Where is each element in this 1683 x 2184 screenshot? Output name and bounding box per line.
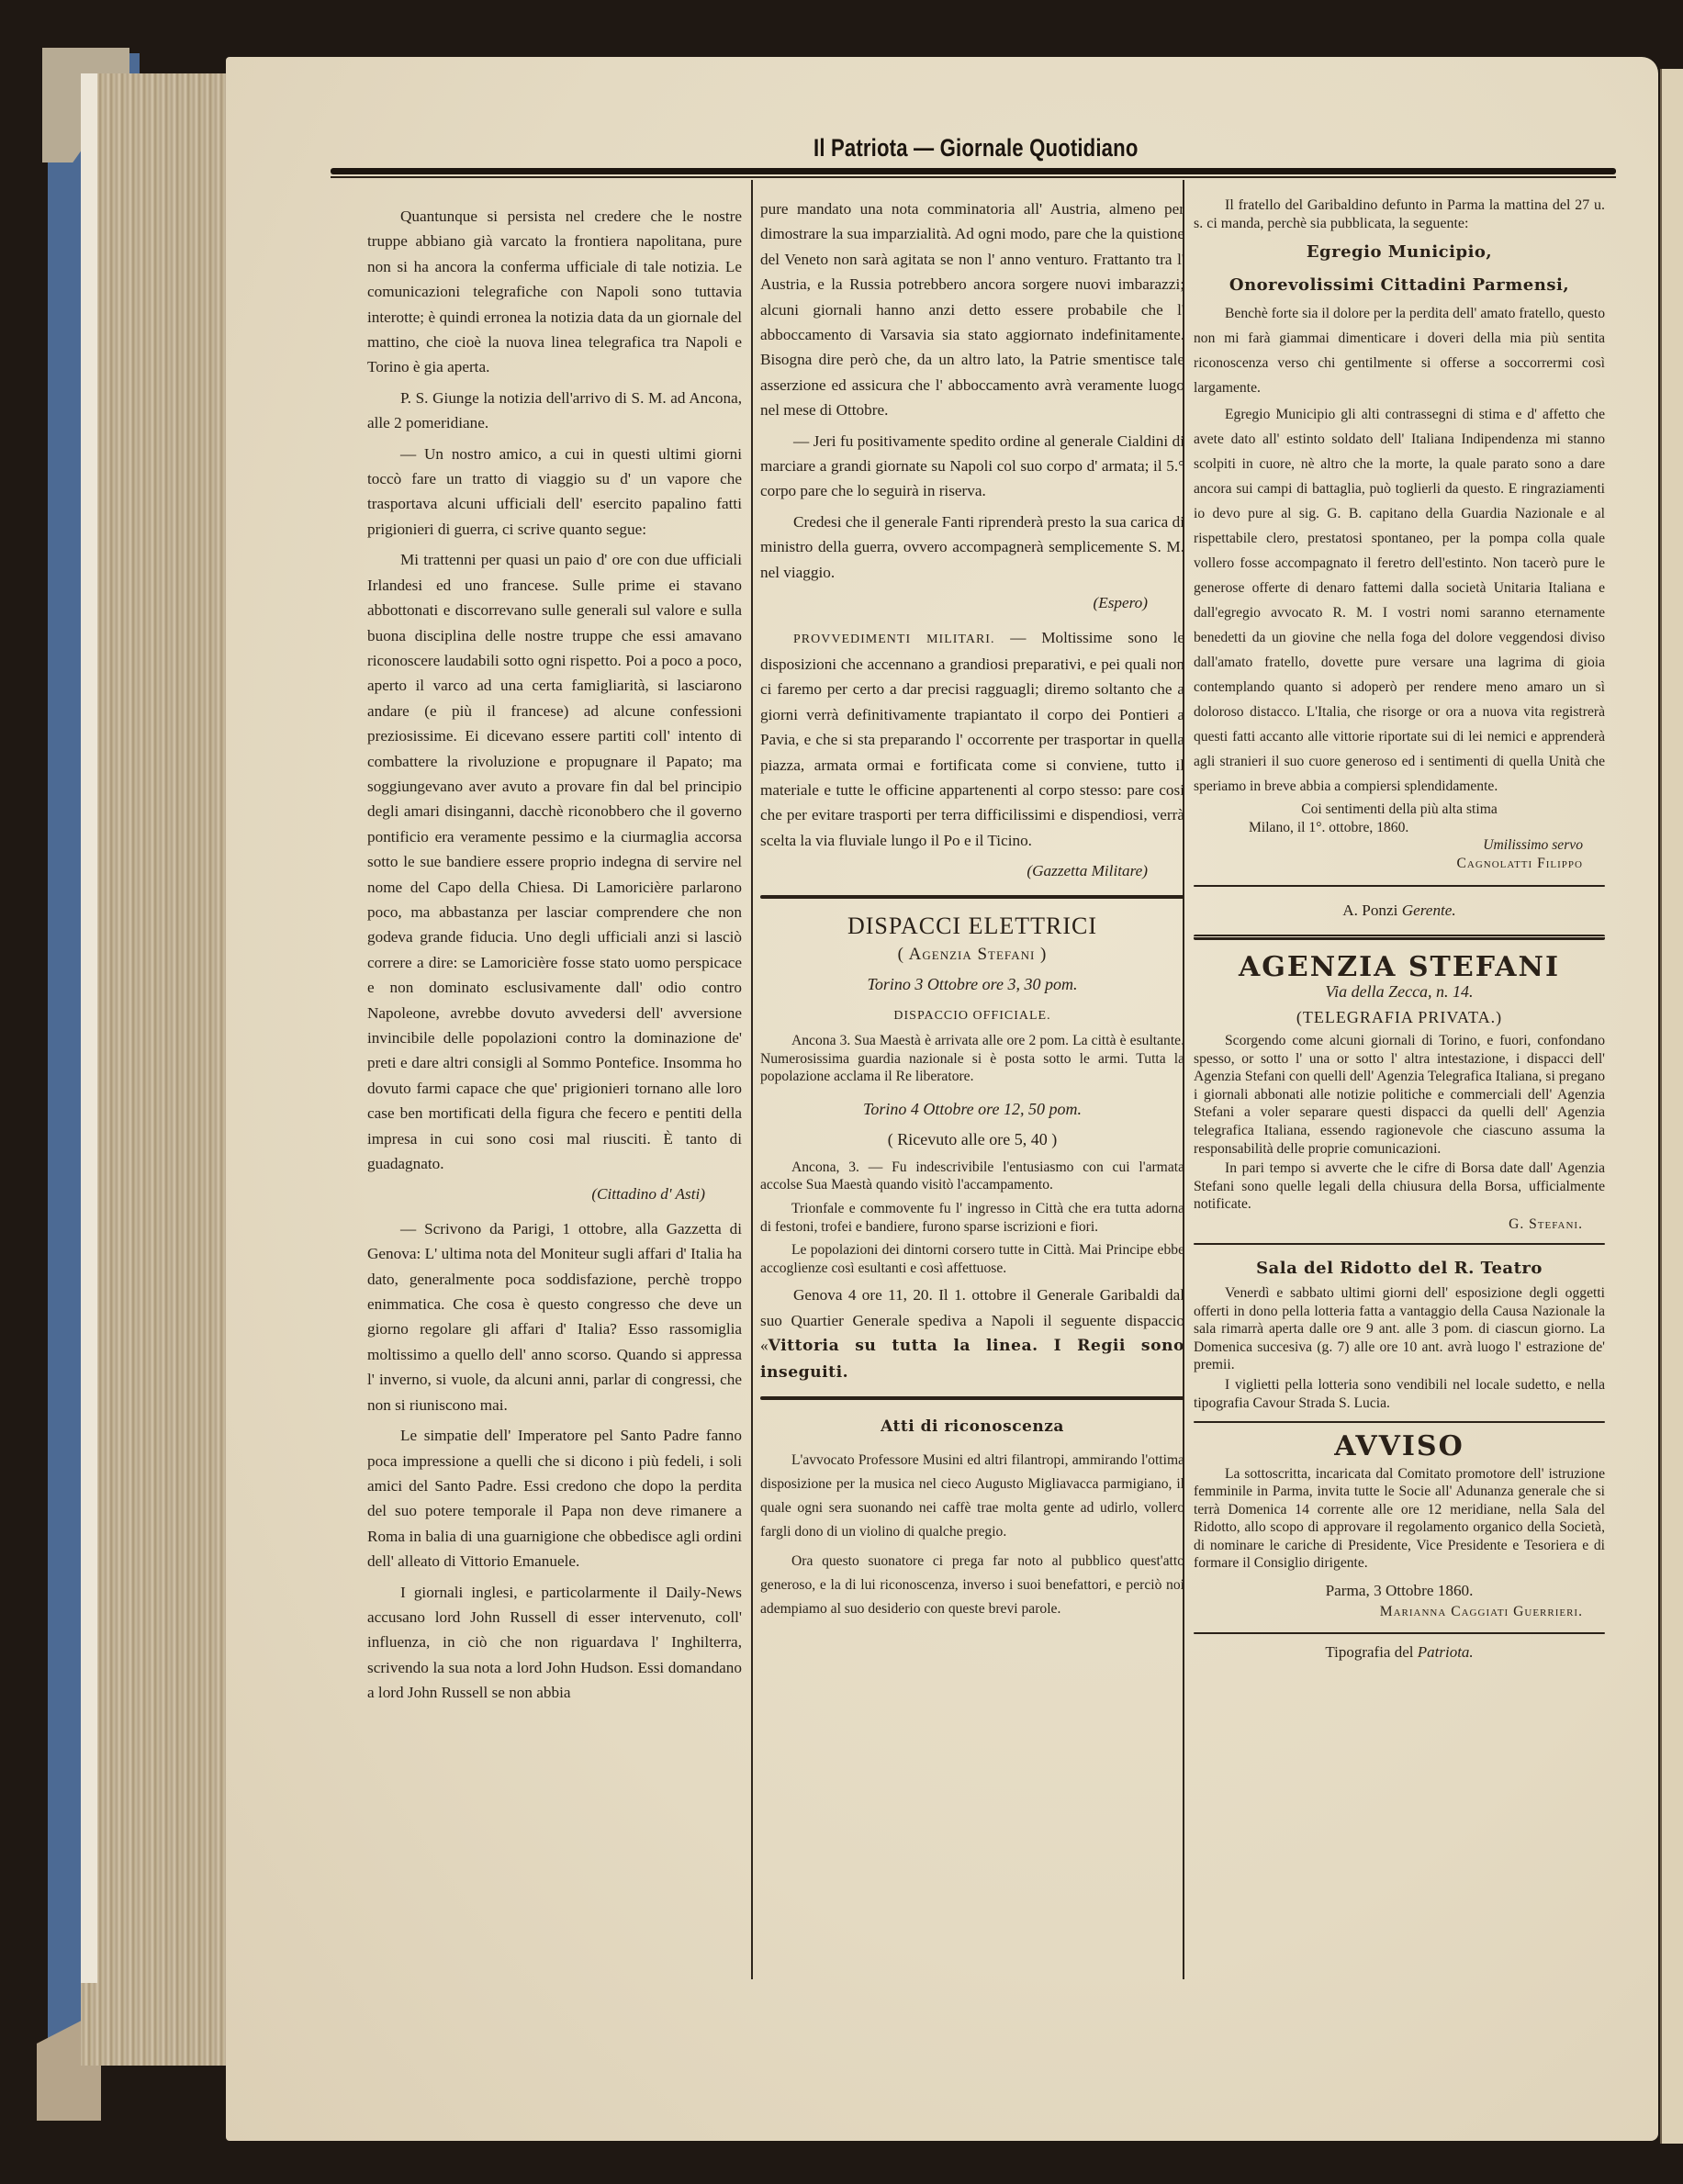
printer-credit-text: Tipografia del — [1325, 1643, 1417, 1661]
section-divider — [760, 895, 1184, 899]
letter-closing: Coi sentimenti della più alta stima — [1194, 801, 1605, 819]
source-credit: (Gazzetta Militare) — [760, 858, 1148, 883]
salutation: Onorevolissimi Cittadini Parmensi, — [1194, 273, 1605, 297]
dispacci-heading: DISPACCI ELETTRICI — [760, 913, 1184, 938]
avviso-heading: AVVISO — [1194, 1434, 1605, 1459]
printer-credit-name: Patriota. — [1418, 1643, 1474, 1661]
notice-paragraph: La sottoscritta, incaricata dal Comitato… — [1194, 1465, 1605, 1574]
notice-signer: G. Stefani. — [1194, 1215, 1583, 1234]
article-paragraph: — Un nostro amico, a cui in questi ultim… — [367, 442, 742, 543]
dispatch-quote-bold: Vittoria su tutta la linea. I Regii sono… — [760, 1337, 1184, 1381]
salutation: Egregio Municipio, — [1194, 240, 1605, 264]
facing-page-edge — [1660, 69, 1683, 2144]
official-label: DISPACCIO OFFICIALE. — [760, 1003, 1184, 1028]
article-paragraph: Credesi che il generale Fanti riprenderà… — [760, 510, 1184, 585]
article-paragraph: — Scrivono da Parigi, 1 ottobre, alla Ga… — [367, 1216, 742, 1417]
notice-paragraph: In pari tempo si avverte che le cifre di… — [1194, 1159, 1605, 1214]
source-credit: (Cittadino d' Asti) — [367, 1182, 705, 1206]
stefani-subtitle: (TELEGRAFIA PRIVATA.) — [1194, 1005, 1605, 1030]
article-paragraph: P. S. Giunge la notizia dell'arrivo di S… — [367, 386, 742, 436]
source-credit: (Espero) — [760, 590, 1148, 615]
letter-humble: Umilissimo servo — [1194, 836, 1583, 855]
letter-intro: Il fratello del Garibaldino defunto in P… — [1194, 196, 1605, 232]
dispatch-text: Trionfale e commovente fu l' ingresso in… — [760, 1200, 1184, 1236]
page-stack-edge — [81, 73, 228, 2066]
received-time: ( Ricevuto alle ore 5, 40 ) — [760, 1127, 1184, 1152]
dispatch-text: Ancona, 3. — Fu indescrivibile l'entusia… — [760, 1159, 1184, 1194]
notice-paragraph: Venerdì e sabbato ultimi giorni dell' es… — [1194, 1284, 1605, 1374]
masthead-rule — [331, 168, 1616, 174]
dispacci-agency: ( Agenzia Stefani ) — [760, 942, 1184, 967]
article-paragraph: L'avvocato Professore Musini ed altri fi… — [760, 1449, 1184, 1544]
gerente-title: Gerente. — [1402, 902, 1456, 919]
masthead-title: Il Patriota — Giornale Quotidiano — [813, 134, 1139, 162]
notice-paragraph: I viglietti pella lotteria sono vendibil… — [1194, 1376, 1605, 1412]
gerente-line: A. Ponzi Gerente. — [1194, 898, 1605, 923]
section-divider — [1194, 1632, 1605, 1634]
article-paragraph: Quantunque si persista nel credere che l… — [367, 204, 742, 380]
stefani-heading: AGENZIA STEFANI — [1194, 955, 1605, 980]
printer-credit: Tipografia del Patriota. — [1194, 1640, 1605, 1664]
column-1: Quantunque si persista nel credere che l… — [367, 204, 742, 1711]
letter-signer: Cagnolatti Filippo — [1194, 855, 1583, 873]
atti-heading: Atti di riconoscenza — [760, 1415, 1184, 1439]
section-divider — [1194, 1421, 1605, 1423]
page-stack-highlight — [81, 73, 97, 1983]
dispatch-dateline: Torino 4 Ottobre ore 12, 50 pom. — [760, 1097, 1184, 1122]
article-paragraph: Mi trattenni per quasi un paio d' ore co… — [367, 547, 742, 1176]
letter-paragraph: Benchè forte sia il dolore per la perdit… — [1194, 301, 1605, 400]
article-paragraph: — Jeri fu positivamente spedito ordine a… — [760, 429, 1184, 504]
letter-place-date: Milano, il 1°. ottobre, 1860. — [1194, 819, 1605, 837]
sala-heading: Sala del Ridotto del R. Teatro — [1194, 1256, 1605, 1281]
column-3: Il fratello del Garibaldino defunto in P… — [1194, 196, 1605, 1664]
provvedimenti-paragraph: PROVVEDIMENTI MILITARI. — Moltissime son… — [760, 625, 1184, 854]
gerente-name: A. Ponzi — [1342, 902, 1397, 919]
article-paragraph: I giornali inglesi, e particolarmente il… — [367, 1580, 742, 1706]
section-divider — [1194, 935, 1605, 940]
column-divider-1 — [751, 180, 753, 1979]
avviso-signer: Marianna Caggiati Guerrieri. — [1194, 1603, 1583, 1621]
masthead-rule-thin — [331, 176, 1616, 178]
dispatch-text: Le popolazioni dei dintorni corsero tutt… — [760, 1241, 1184, 1277]
letter-paragraph: Egregio Municipio gli alti contrassegni … — [1194, 402, 1605, 799]
dispatch-text: Ancona 3. Sua Maestà è arrivata alle ore… — [760, 1032, 1184, 1086]
notice-paragraph: Scorgendo come alcuni giornali di Torino… — [1194, 1032, 1605, 1158]
stefani-address: Via della Zecca, n. 14. — [1194, 980, 1605, 1004]
section-label: PROVVEDIMENTI MILITARI. — [793, 633, 994, 646]
avviso-place-date: Parma, 3 Ottobre 1860. — [1194, 1578, 1605, 1603]
article-paragraph: Le simpatie dell' Imperatore pel Santo P… — [367, 1423, 742, 1574]
column-2: pure mandato una nota comminatoria all' … — [760, 196, 1184, 1627]
dispatch-dateline: Torino 3 Ottobre ore 3, 30 pom. — [760, 972, 1184, 997]
section-divider — [760, 1396, 1184, 1400]
article-paragraph: pure mandato una nota comminatoria all' … — [760, 196, 1184, 423]
section-divider — [1194, 885, 1605, 887]
dispatch-text-genova: Genova 4 ore 11, 20. Il 1. ottobre il Ge… — [760, 1282, 1184, 1385]
section-text: — Moltissime sono le disposizioni che ac… — [760, 629, 1184, 849]
section-divider — [1194, 1243, 1605, 1245]
article-paragraph: Ora questo suonatore ci prega far noto a… — [760, 1550, 1184, 1621]
